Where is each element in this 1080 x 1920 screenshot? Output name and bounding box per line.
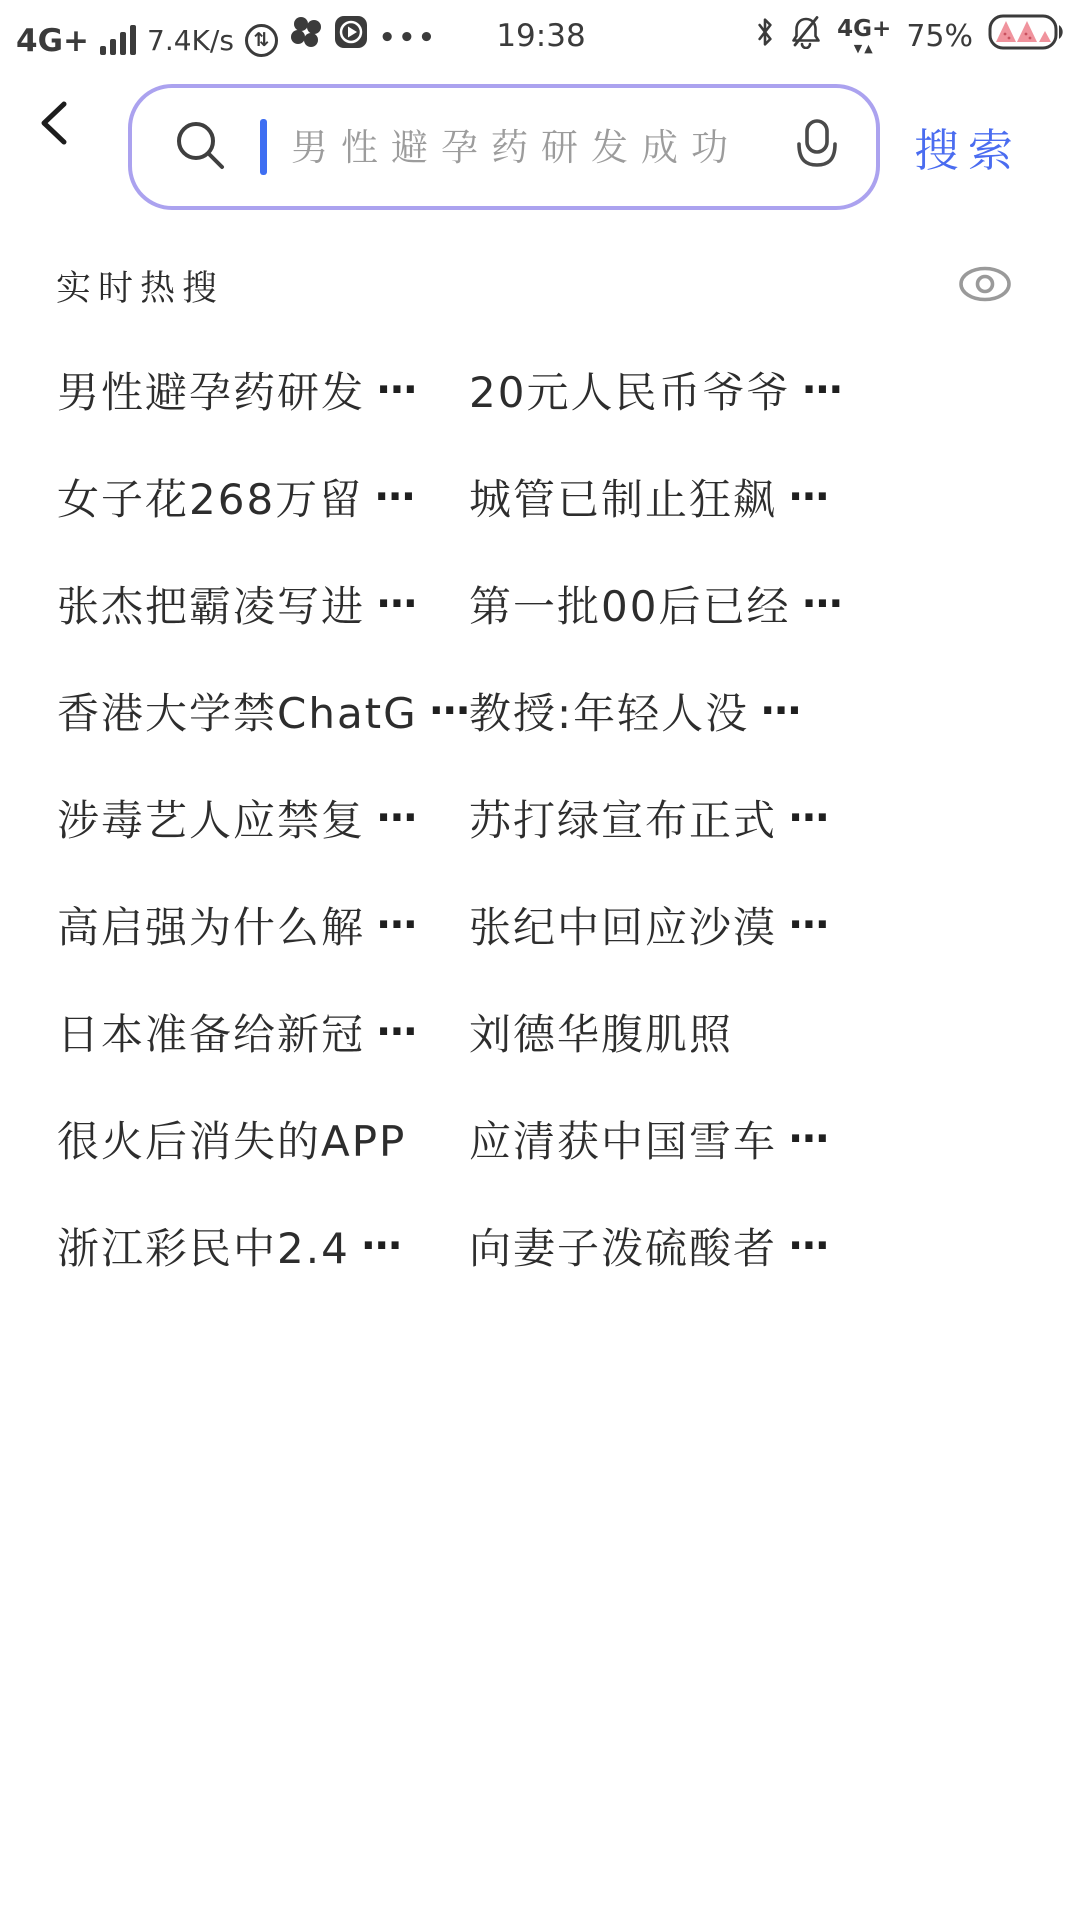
hot-search-item-text: 向妻子泼硫酸者 <box>469 1216 777 1276</box>
notifications-muted-icon <box>790 15 822 57</box>
hot-search-item-text: 很火后消失的APP <box>57 1109 406 1169</box>
network-type-label: 4G+ <box>16 26 89 57</box>
more-notifications-icon: ••• <box>379 23 438 57</box>
search-icon <box>172 117 228 177</box>
hot-search-item-text: 浙江彩民中2.4 <box>57 1216 350 1276</box>
truncation-ellipsis: ⋯ <box>789 1116 827 1162</box>
truncation-ellipsis: ⋯ <box>377 367 415 413</box>
status-right-cluster: 4G+ ▼▲ 75% <box>596 12 1066 60</box>
hot-search-item-text: 教授:年轻人没 <box>469 681 749 741</box>
microphone-icon[interactable] <box>792 118 842 176</box>
watermelon-battery-icon <box>988 12 1066 60</box>
hot-search-item[interactable]: 高启强为什么解⋯ <box>57 895 469 955</box>
hot-search-item-text: 城管已制止狂飙 <box>469 467 777 527</box>
signal-strength-icon <box>100 25 136 57</box>
search-input[interactable] <box>291 126 786 169</box>
hot-search-list: 男性避孕药研发⋯20元人民币爷爷⋯女子花268万留⋯城管已制止狂飙⋯张杰把霸凌写… <box>0 336 1080 1299</box>
text-cursor <box>260 119 267 175</box>
truncation-ellipsis: ⋯ <box>789 474 827 520</box>
truncation-ellipsis: ⋯ <box>430 688 468 734</box>
truncation-ellipsis: ⋯ <box>789 795 827 841</box>
clover-app-icon <box>289 15 323 57</box>
truncation-ellipsis: ⋯ <box>362 1223 400 1269</box>
truncation-ellipsis: ⋯ <box>377 1009 415 1055</box>
network-speed-label: 7.4K/s <box>147 27 234 57</box>
hot-search-item[interactable]: 浙江彩民中2.4⋯ <box>57 1216 469 1276</box>
hot-search-item-text: 涉毒艺人应禁复 <box>57 788 365 848</box>
eye-visibility-icon[interactable] <box>956 264 1014 308</box>
hot-search-header: 实时热搜 <box>0 250 1080 322</box>
truncation-ellipsis: ⋯ <box>375 474 413 520</box>
truncation-ellipsis: ⋯ <box>789 1223 827 1269</box>
hot-search-item[interactable]: 苏打绿宣布正式⋯ <box>469 788 1080 848</box>
hot-search-item[interactable]: 张纪中回应沙漠⋯ <box>469 895 1080 955</box>
hot-search-item[interactable]: 向妻子泼硫酸者⋯ <box>469 1216 1080 1276</box>
back-button[interactable] <box>34 98 78 148</box>
truncation-ellipsis: ⋯ <box>802 367 840 413</box>
hot-search-item-text: 张杰把霸凌写进 <box>57 574 365 634</box>
hot-search-item[interactable]: 应清获中国雪车⋯ <box>469 1109 1080 1169</box>
hot-search-item-text: 应清获中国雪车 <box>469 1109 777 1169</box>
sim-network-icon: 4G+ ▼▲ <box>837 18 891 54</box>
hot-search-item-text: 男性避孕药研发 <box>57 360 365 420</box>
sim-network-label: 4G+ <box>837 18 891 41</box>
hot-search-item[interactable]: 香港大学禁ChatG⋯ <box>57 681 469 741</box>
truncation-ellipsis: ⋯ <box>802 581 840 627</box>
hot-search-item[interactable]: 日本准备给新冠⋯ <box>57 1002 469 1062</box>
hot-search-item-text: 日本准备给新冠 <box>57 1002 365 1062</box>
hot-search-item[interactable]: 女子花268万留⋯ <box>57 467 469 527</box>
hot-search-item-text: 女子花268万留 <box>57 467 363 527</box>
clock-label: 19:38 <box>486 18 595 54</box>
hot-search-item[interactable]: 涉毒艺人应禁复⋯ <box>57 788 469 848</box>
hot-search-item[interactable]: 第一批00后已经⋯ <box>469 574 1080 634</box>
hot-search-item[interactable]: 张杰把霸凌写进⋯ <box>57 574 469 634</box>
hot-search-title: 实时热搜 <box>56 261 224 311</box>
status-bar: 4G+ 7.4K/s ⇅ ••• 19:38 <box>0 0 1080 62</box>
updown-arrows-icon: ▼▲ <box>854 43 875 54</box>
truncation-ellipsis: ⋯ <box>377 902 415 948</box>
hot-search-item-text: 苏打绿宣布正式 <box>469 788 777 848</box>
search-submit-button[interactable]: 搜索 <box>914 114 1022 179</box>
bluetooth-icon <box>755 18 775 54</box>
truncation-ellipsis: ⋯ <box>377 581 415 627</box>
truncation-ellipsis: ⋯ <box>761 688 799 734</box>
video-play-app-icon <box>334 15 368 57</box>
hot-search-item[interactable]: 20元人民币爷爷⋯ <box>469 360 1080 420</box>
hot-search-item[interactable]: 男性避孕药研发⋯ <box>57 360 469 420</box>
hot-search-item-text: 张纪中回应沙漠 <box>469 895 777 955</box>
hot-search-item[interactable]: 刘德华腹肌照 <box>469 1002 1080 1062</box>
search-box[interactable] <box>128 84 880 210</box>
hot-search-item-text: 香港大学禁ChatG <box>57 681 418 741</box>
battery-percent-label: 75% <box>906 19 973 54</box>
status-left-cluster: 4G+ 7.4K/s ⇅ ••• <box>16 15 486 57</box>
hot-search-item[interactable]: 很火后消失的APP <box>57 1109 469 1169</box>
hot-search-item-text: 第一批00后已经 <box>469 574 790 634</box>
hot-search-item[interactable]: 教授:年轻人没⋯ <box>469 681 1080 741</box>
data-usage-icon: ⇅ <box>245 24 278 57</box>
hot-search-item-text: 刘德华腹肌照 <box>469 1002 733 1062</box>
hot-search-item[interactable]: 城管已制止狂飙⋯ <box>469 467 1080 527</box>
truncation-ellipsis: ⋯ <box>789 902 827 948</box>
hot-search-item-text: 20元人民币爷爷 <box>469 360 790 420</box>
hot-search-item-text: 高启强为什么解 <box>57 895 365 955</box>
truncation-ellipsis: ⋯ <box>377 795 415 841</box>
